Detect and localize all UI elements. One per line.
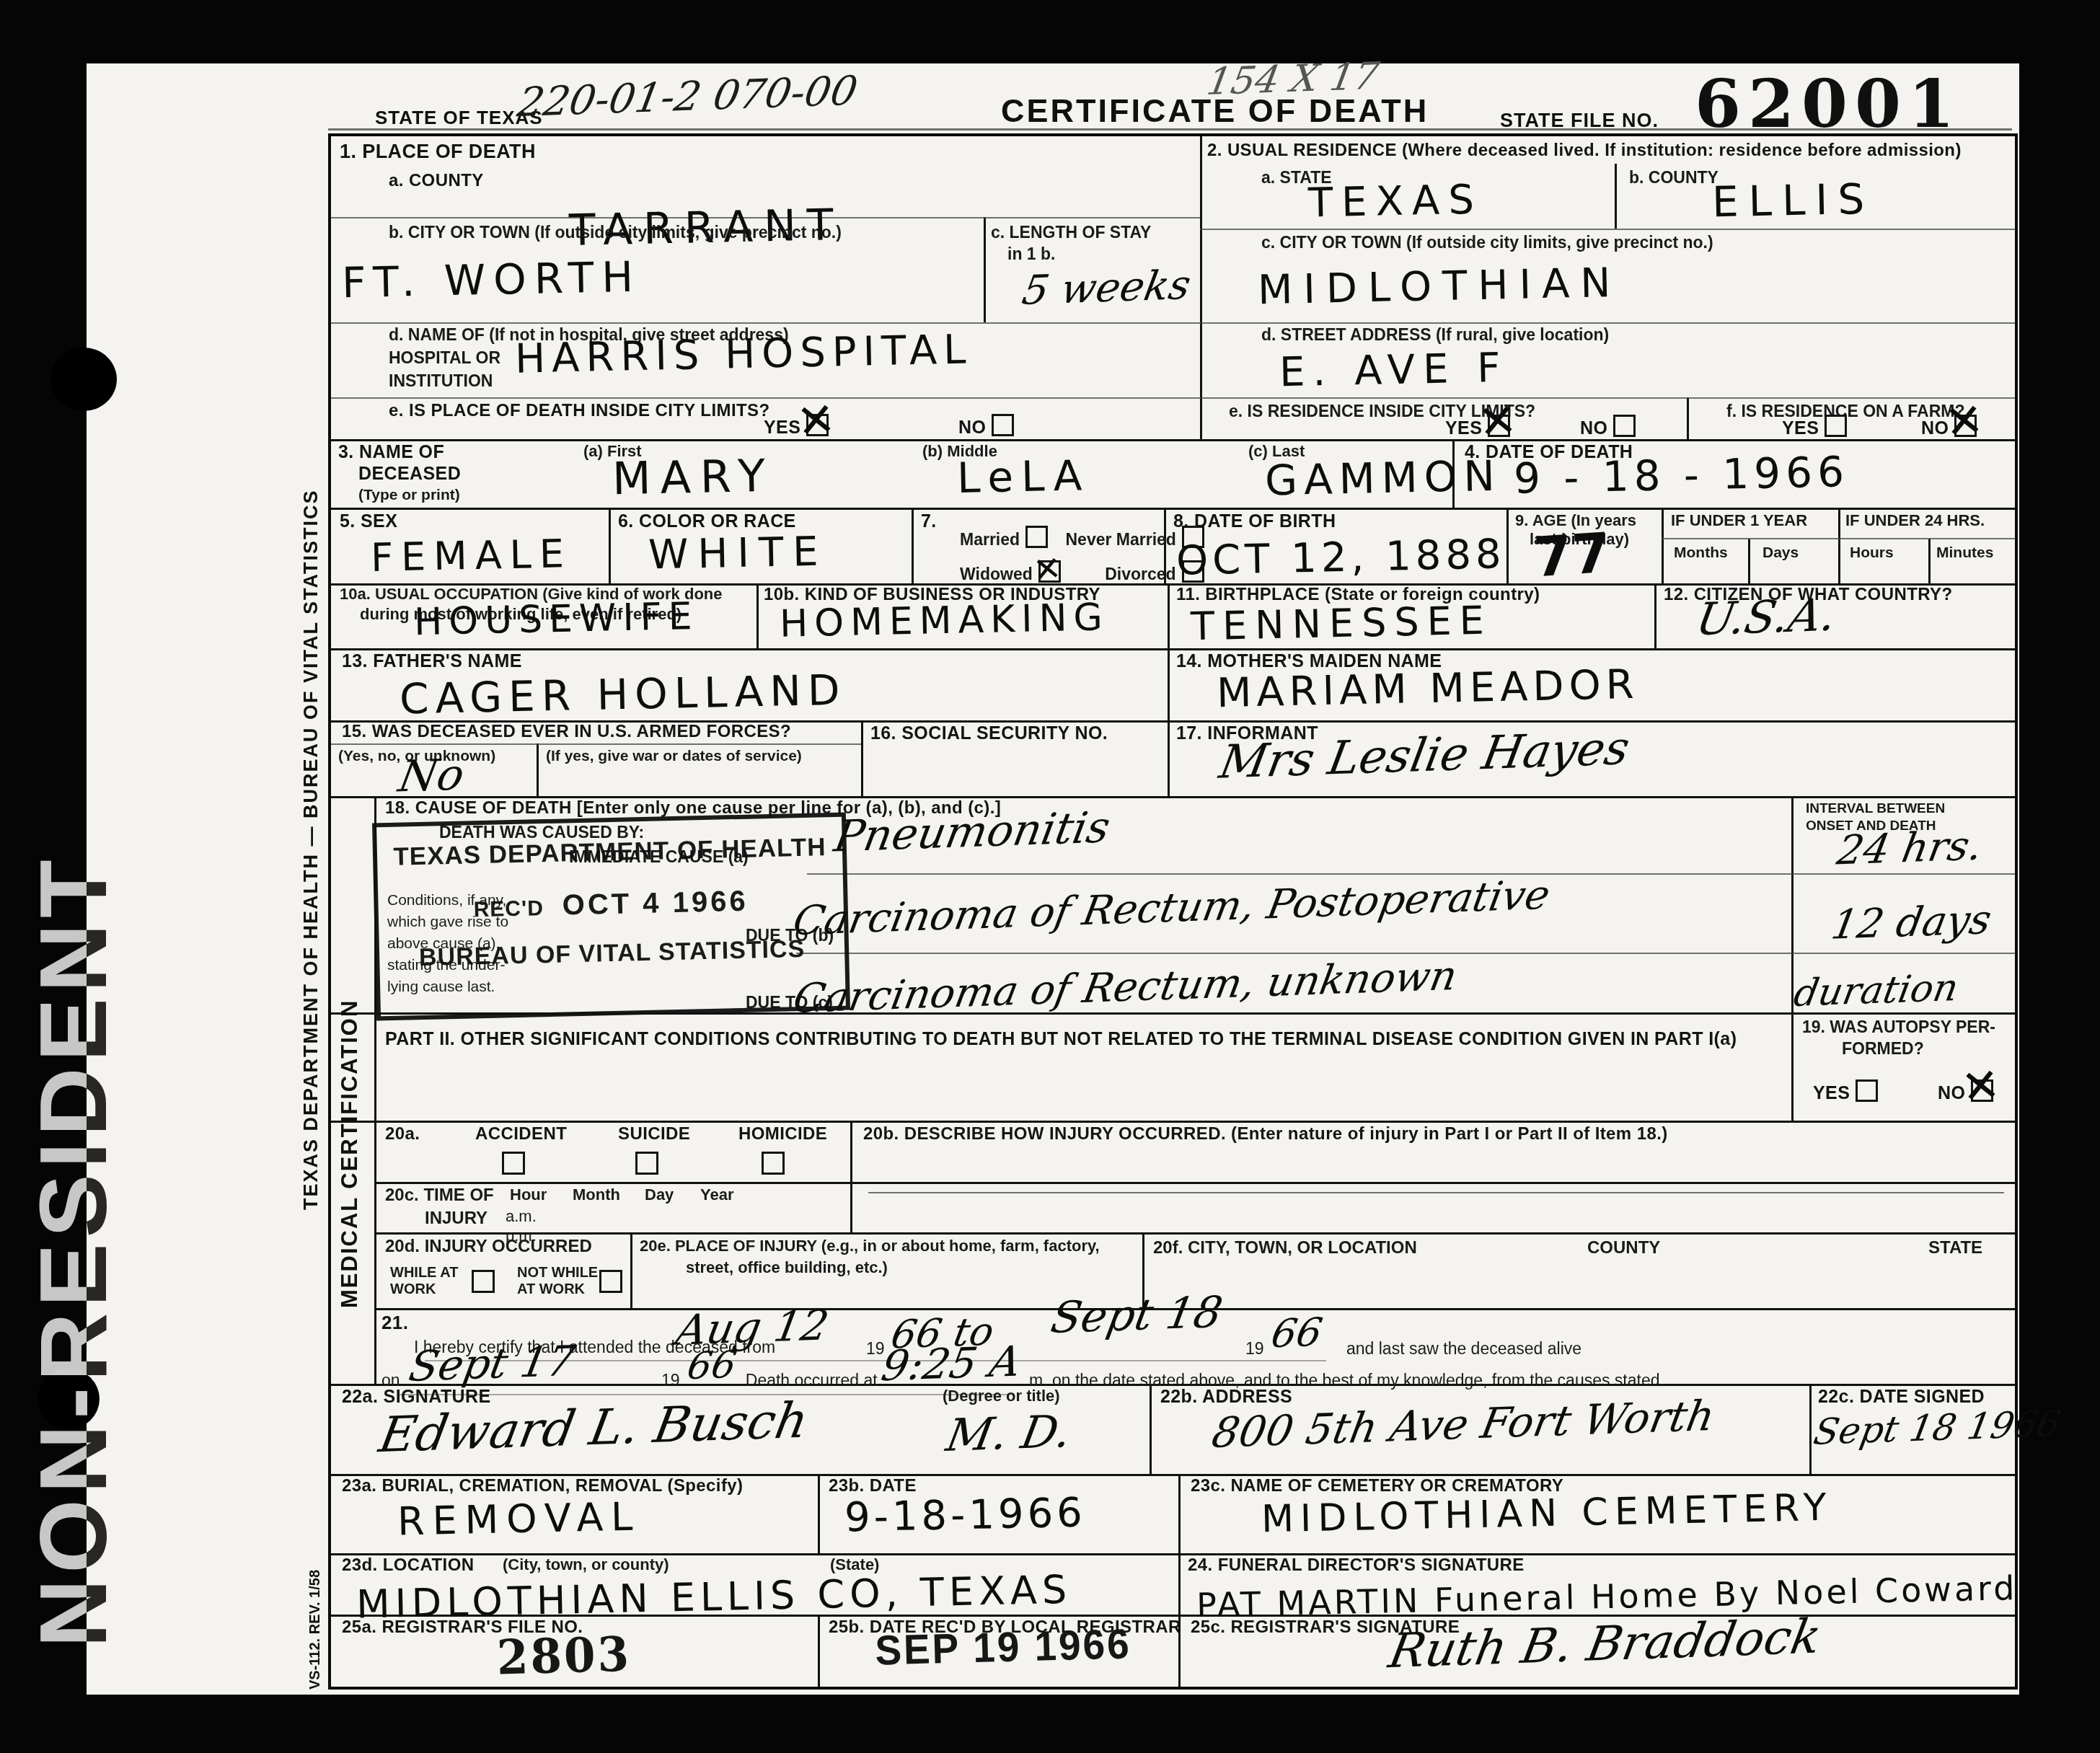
- divider: [796, 953, 2015, 954]
- residence-county-label: b. COUNTY: [1629, 168, 1719, 187]
- divider: [374, 1182, 2015, 1184]
- armed-forces-sub2: (If yes, give war or dates of service): [546, 748, 802, 765]
- attended-to-date: Sept 18: [1047, 1287, 1227, 1343]
- agency-vertical-text: TEXAS DEPARTMENT OF HEALTH — BUREAU OF V…: [300, 352, 322, 1210]
- checkbox-autopsy-no: [1971, 1079, 1993, 1102]
- interval-a-value: 24 hrs.: [1834, 823, 1986, 875]
- divider: [984, 217, 986, 322]
- residence-city-value: MIDLOTHIAN: [1257, 260, 1622, 314]
- race-value: WHITE: [648, 528, 828, 578]
- county-label: a. COUNTY: [389, 171, 484, 191]
- residence-limits-yes: YES: [1445, 415, 1510, 439]
- interval-b-value: 12 days: [1827, 896, 1995, 949]
- middle-name-value: LeLA: [956, 451, 1090, 503]
- name-label3: (Type or print): [358, 487, 460, 504]
- divider: [400, 1394, 1012, 1395]
- injury-state-label: STATE: [1928, 1238, 1982, 1258]
- father-value: CAGER HOLLAND: [399, 666, 847, 724]
- place-of-injury-label2: street, office building, etc.): [686, 1258, 888, 1277]
- birthplace-value: TENNESSEE: [1190, 598, 1492, 650]
- divorced-label: Divorced: [1105, 565, 1175, 583]
- days-label: Days: [1762, 544, 1799, 562]
- divider: [1928, 539, 1931, 583]
- divider: [1838, 508, 1840, 583]
- divider: [328, 128, 2012, 131]
- marital-line2: Widowed Divorced: [960, 560, 1204, 584]
- hour-label: Hour: [510, 1185, 547, 1204]
- degree-label: (Degree or title): [943, 1387, 1060, 1405]
- divider: [1200, 322, 2015, 324]
- date-signed-label: 22c. DATE SIGNED: [1818, 1387, 1985, 1408]
- business-value: HOMEMAKING: [779, 596, 1109, 646]
- last-seen-date: Sept 17: [405, 1336, 578, 1391]
- farm-no: NO: [1921, 415, 1977, 439]
- occupation-value: HOUSEWIFE: [413, 595, 699, 644]
- yes-label: YES: [1445, 418, 1482, 438]
- injury-county-label: COUNTY: [1587, 1238, 1660, 1258]
- divider: [1662, 538, 2015, 539]
- name-label: 3. NAME OF: [338, 442, 444, 463]
- checkbox-farm-no: [1954, 415, 1977, 437]
- interval-label1: INTERVAL BETWEEN: [1806, 801, 1945, 817]
- divider: [1200, 136, 1202, 439]
- describe-injury-label: 20b. DESCRIBE HOW INJURY OCCURRED. (Ente…: [863, 1124, 1668, 1144]
- divider: [1506, 508, 1509, 583]
- certify-text4: m. on the date stated above, and to the …: [1029, 1371, 1664, 1390]
- divider: [868, 1192, 2004, 1193]
- mother-value: MARIAM MEADOR: [1216, 661, 1639, 717]
- not-while-at-work-label1: NOT WHILE: [517, 1265, 598, 1281]
- received-stamp: TEXAS DEPARTMENT OF HEALTH REC'DOCT 4 19…: [372, 813, 850, 1021]
- month-label: Month: [573, 1185, 620, 1204]
- handwritten-code: 220-01-2 070-00: [514, 68, 861, 126]
- certify-text3: . Death occurred at: [736, 1371, 878, 1390]
- medical-certification-vertical: MEDICAL CERTIFICATION: [337, 847, 363, 1308]
- residence-county-value: ELLIS: [1711, 175, 1875, 227]
- scan-margin-bottom: [0, 1695, 2100, 1753]
- residence-limits-no: NO: [1580, 415, 1636, 439]
- injury-occurred-label: 20d. INJURY OCCURRED: [385, 1237, 592, 1257]
- attended-to-year: 66: [1268, 1310, 1325, 1356]
- divider: [331, 1121, 2015, 1123]
- checkbox-homicide: [762, 1152, 785, 1175]
- checkbox-married: [1025, 526, 1048, 548]
- stamp-date: OCT 4 1966: [562, 886, 749, 922]
- divider: [850, 1121, 852, 1232]
- divider: [1178, 1553, 1181, 1615]
- divider: [1687, 397, 1689, 439]
- scanned-death-certificate: TEXAS DEPARTMENT OF HEALTH — BUREAU OF V…: [0, 0, 2100, 1753]
- place-limits-yes: YES: [764, 414, 829, 438]
- checkbox-not-while-at-work: [599, 1270, 622, 1293]
- registrar-date-stamp: SEP 19 1966: [875, 1620, 1132, 1674]
- accident-label: ACCIDENT: [475, 1124, 567, 1144]
- checkbox-residence-limits-no: [1613, 415, 1636, 437]
- stamp-date-line: REC'DOCT 4 1966: [378, 883, 844, 927]
- autopsy-label1: 19. WAS AUTOPSY PER-: [1802, 1017, 1995, 1037]
- place-of-injury-label: 20e. PLACE OF INJURY (e.g., in or about …: [640, 1237, 1100, 1255]
- divider: [1168, 583, 1170, 648]
- divider: [331, 322, 1200, 324]
- address-label: 22b. ADDRESS: [1160, 1387, 1292, 1408]
- location-label: 23d. LOCATION: [342, 1555, 474, 1576]
- item-20a-number: 20a.: [385, 1124, 420, 1144]
- autopsy-yes: YES: [1813, 1079, 1878, 1104]
- printed-19-a: 19: [866, 1339, 885, 1359]
- checkbox-farm-yes: [1825, 415, 1847, 437]
- certificate-title: CERTIFICATE OF DEATH: [1001, 92, 1429, 130]
- divider: [818, 1615, 820, 1687]
- married-label: Married: [960, 530, 1020, 549]
- certificate-paper: TEXAS DEPARTMENT OF HEALTH — BUREAU OF V…: [87, 63, 2019, 1695]
- part2-label: PART II. OTHER SIGNIFICANT CONDITIONS CO…: [385, 1029, 1737, 1050]
- divider: [1168, 720, 1170, 796]
- armed-forces-label: 15. WAS DECEASED EVER IN U.S. ARMED FORC…: [342, 722, 791, 742]
- checkbox-accident: [502, 1152, 525, 1175]
- stamp-bureau: BUREAU OF VITAL STATISTICS: [379, 935, 845, 973]
- minutes-label: Minutes: [1936, 544, 1993, 562]
- day-label: Day: [645, 1185, 674, 1204]
- yes-label: YES: [1782, 418, 1819, 438]
- date-of-death-value: 9 - 18 - 1966: [1513, 447, 1849, 503]
- checkbox-suicide: [635, 1152, 658, 1175]
- hours-label: Hours: [1850, 544, 1894, 562]
- usual-residence-label: 2. USUAL RESIDENCE (Where deceased lived…: [1207, 141, 1962, 161]
- injury-city-label: 20f. CITY, TOWN, OR LOCATION: [1153, 1238, 1417, 1258]
- cause-a-value: Pneumonitis: [830, 802, 1113, 862]
- divider: [1150, 1384, 1152, 1474]
- date-of-birth-value: OCT 12, 1888: [1175, 531, 1506, 585]
- stamp-recd: REC'D: [473, 896, 544, 922]
- scan-margin-top: [0, 0, 2100, 63]
- am-label: a.m.: [506, 1207, 537, 1226]
- date-of-birth-label: 8. DATE OF BIRTH: [1173, 511, 1336, 532]
- length-of-stay-value: 5 weeks: [1018, 262, 1194, 314]
- divider: [331, 439, 2015, 441]
- divider: [1178, 1474, 1181, 1553]
- citizen-value: U.S.A.: [1693, 588, 1840, 646]
- months-label: Months: [1674, 544, 1728, 562]
- date-signed-value: Sept 18 1966: [1811, 1403, 2064, 1453]
- hospital-value: HARRIS HOSPITAL: [514, 326, 973, 382]
- burial-label: 23a. BURIAL, CREMATION, REMOVAL (Specify…: [342, 1476, 743, 1496]
- divider: [1200, 229, 2015, 230]
- checkbox-place-limits-no: [992, 414, 1014, 436]
- printed-19-b: 19: [1245, 1339, 1264, 1359]
- name-label2: DECEASED: [358, 464, 461, 485]
- divider: [537, 743, 539, 796]
- certificate-form: MEDICAL CERTIFICATION 1. PLACE OF DEATH …: [328, 133, 2018, 1690]
- divider: [1168, 648, 1170, 720]
- divider: [630, 1232, 632, 1308]
- time-of-injury-label: 20c. TIME OF: [385, 1185, 494, 1206]
- checkbox-residence-limits-yes: [1488, 415, 1510, 437]
- checkbox-place-limits-yes: [806, 414, 829, 436]
- divider: [861, 720, 863, 796]
- length-of-stay-label: c. LENGTH OF STAY: [991, 223, 1151, 242]
- divider: [756, 583, 759, 648]
- city-label: b. CITY OR TOWN (If outside city limits,…: [389, 223, 842, 242]
- no-label: NO: [1580, 418, 1607, 438]
- divider: [818, 1474, 820, 1553]
- divider: [331, 397, 1200, 399]
- under-1-year-label: IF UNDER 1 YEAR: [1671, 511, 1807, 530]
- divider: [1654, 583, 1656, 648]
- sex-label: 5. SEX: [340, 511, 397, 532]
- non-resident-stamp: NON-RESIDENT: [19, 732, 128, 1648]
- place-limits-no: NO: [958, 414, 1014, 438]
- city-value: FT. WORTH: [341, 252, 641, 308]
- farm-yes: YES: [1782, 415, 1847, 439]
- last-seen-year: 66: [684, 1343, 739, 1388]
- burial-value: REMOVAL: [397, 1493, 641, 1544]
- length-of-stay-label2: in 1 b.: [1007, 244, 1055, 264]
- burial-date-value: 9-18-1966: [844, 1490, 1086, 1542]
- location-sub1: (City, town, or county): [503, 1555, 669, 1574]
- divider: [331, 648, 2015, 650]
- father-label: 13. FATHER'S NAME: [342, 651, 522, 672]
- while-at-work-label1: WHILE AT: [390, 1265, 458, 1281]
- item-21-number: 21.: [381, 1312, 408, 1334]
- suicide-label: SUICIDE: [618, 1124, 690, 1144]
- place-of-death-label: 1. PLACE OF DEATH: [340, 141, 536, 163]
- hospital-label2: HOSPITAL OR: [389, 348, 500, 368]
- autopsy-no: NO: [1938, 1079, 1993, 1104]
- street-address-label: d. STREET ADDRESS (If rural, give locati…: [1261, 325, 1609, 345]
- marital-line1: Married Never Married: [960, 526, 1204, 549]
- state-file-number: 62001: [1695, 65, 1962, 143]
- punch-hole: [50, 348, 117, 411]
- while-at-work-label2: WORK: [390, 1281, 436, 1298]
- first-name-value: MARY: [612, 449, 775, 505]
- checkbox-autopsy-yes: [1856, 1079, 1878, 1102]
- divider: [1748, 539, 1750, 583]
- divider: [1791, 796, 1794, 1121]
- divider: [331, 743, 861, 745]
- printed-19-c: 19: [661, 1371, 680, 1390]
- never-married-label: Never Married: [1065, 530, 1175, 549]
- time-of-injury-label2: INJURY: [425, 1209, 487, 1229]
- no-label: NO: [958, 418, 986, 438]
- divider: [331, 508, 2015, 510]
- autopsy-label2: FORMED?: [1842, 1039, 1924, 1059]
- year-label: Year: [700, 1185, 734, 1204]
- sex-value: FEMALE: [370, 531, 572, 580]
- checkbox-while-at-work: [472, 1270, 495, 1293]
- stamp-agency: TEXAS DEPARTMENT OF HEALTH: [377, 833, 843, 873]
- registrar-file-value: 2803: [496, 1626, 632, 1686]
- checkbox-widowed: [1038, 560, 1061, 583]
- divider: [912, 508, 914, 583]
- divider: [1662, 508, 1664, 583]
- divider: [1615, 164, 1617, 229]
- yes-label: YES: [764, 418, 800, 438]
- place-limits-question: e. IS PLACE OF DEATH INSIDE CITY LIMITS?: [389, 401, 769, 421]
- funeral-director-label: 24. FUNERAL DIRECTOR'S SIGNATURE: [1188, 1555, 1525, 1576]
- residence-city-label: c. CITY OR TOWN (If outside city limits,…: [1261, 233, 1713, 252]
- age-value: 77: [1532, 520, 1612, 589]
- divider: [374, 1232, 2015, 1235]
- death-time-value: 9:25 A: [878, 1337, 1025, 1391]
- cause-c-continued: duration: [1791, 966, 1962, 1015]
- scan-margin-right: [2019, 0, 2100, 1753]
- widowed-label: Widowed: [960, 565, 1033, 583]
- street-address-value: E. AVE F: [1279, 345, 1509, 397]
- hospital-label3: INSTITUTION: [389, 371, 493, 391]
- cause-b-value: Carcinoma of Rectum, Postoperative: [790, 872, 1554, 945]
- divider: [609, 508, 611, 583]
- divider: [1809, 1384, 1812, 1474]
- ssn-label: 16. SOCIAL SECURITY NO.: [870, 723, 1108, 744]
- under-24-hrs-label: IF UNDER 24 HRS.: [1845, 511, 1985, 530]
- not-while-at-work-label2: AT WORK: [517, 1281, 585, 1298]
- homicide-label: HOMICIDE: [738, 1124, 827, 1144]
- armed-forces-value: No: [394, 749, 468, 802]
- certify-text2: and last saw the deceased alive: [1346, 1339, 1581, 1359]
- divider: [1200, 397, 2015, 399]
- residence-state-value: TEXAS: [1307, 176, 1483, 226]
- yes-label: YES: [1813, 1083, 1850, 1103]
- form-number-vertical: VS-112. REV. 1/58: [307, 1495, 324, 1690]
- marital-label: 7.: [921, 511, 937, 532]
- degree-value: M. D.: [943, 1405, 1075, 1462]
